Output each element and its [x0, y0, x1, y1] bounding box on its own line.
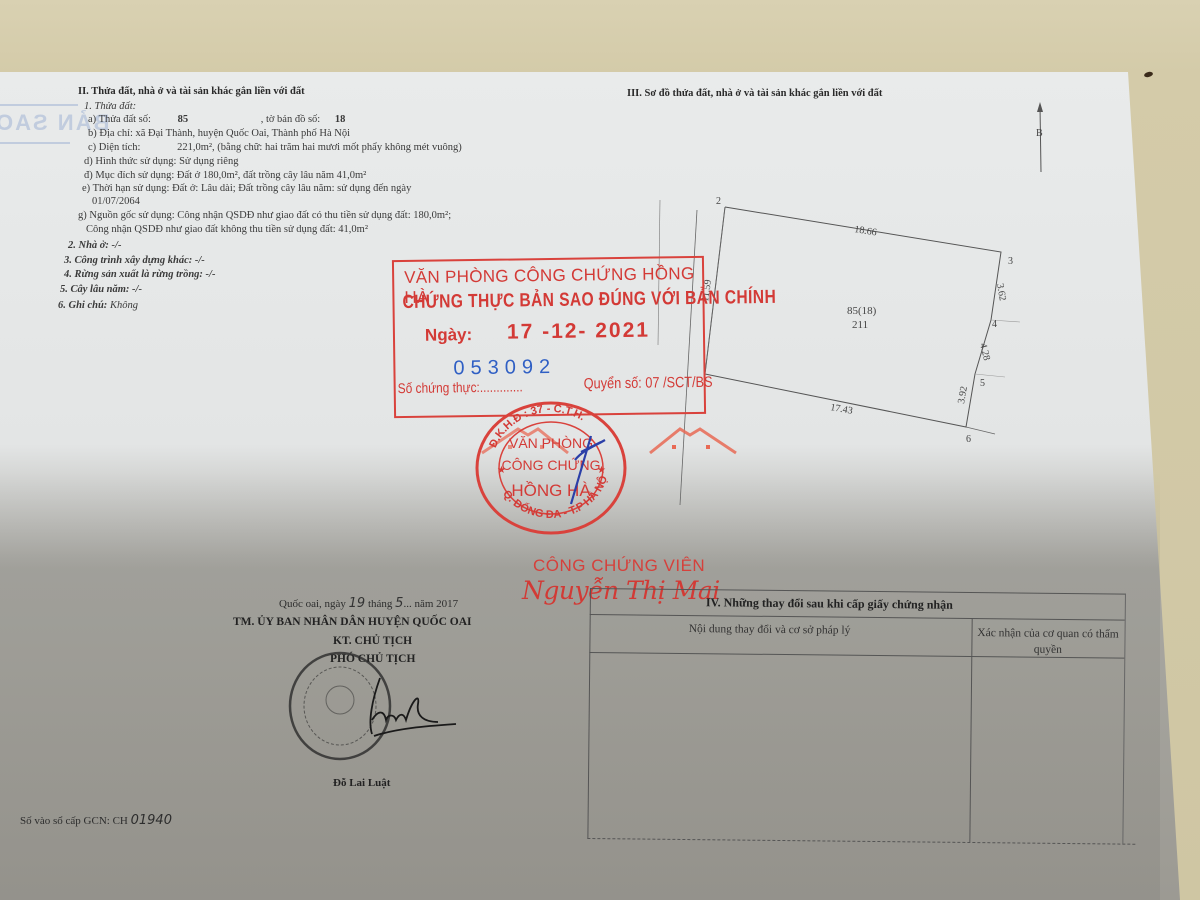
- stamp-book-number: Quyển số: 07 /SCT/BS: [584, 374, 713, 393]
- area-value: 221,0m², (bằng chữ: hai trăm hai mươi mố…: [177, 142, 462, 153]
- issue-month: 5: [395, 596, 403, 611]
- government-seal: [288, 650, 468, 765]
- svg-text:17.43: 17.43: [829, 402, 853, 417]
- usage-purpose: đ) Mục đích sử dụng: Đất ở 180,0m², đất …: [84, 170, 366, 181]
- svg-text:5: 5: [980, 378, 985, 389]
- svg-text:B: B: [1036, 128, 1043, 139]
- issue-date: Quốc oai, ngày 19 tháng 5... năm 2017: [279, 596, 458, 611]
- changes-table: IV. Những thay đổi sau khi cấp giấy chứn…: [587, 588, 1160, 849]
- parcel-number-row: a) Thửa đất số: 85 , tờ bản đồ số: 18: [88, 114, 345, 125]
- other-construction-item: 3. Công trình xây dựng khác: -/-: [64, 255, 205, 266]
- usage-origin-cont: Công nhận QSDĐ như giao đất không thu ti…: [86, 224, 368, 235]
- usage-term: e) Thời hạn sử dụng: Đất ở: Lâu dài; Đất…: [82, 183, 411, 194]
- svg-text:85(18): 85(18): [847, 305, 877, 317]
- wall-speck: [1144, 71, 1154, 78]
- notary-round-seal: Đ.K.H.Đ : 37 - C.T.H. Q. ĐỐNG ĐA - T.P H…: [473, 400, 628, 535]
- issuing-authority: TM. ỦY BAN NHÂN DÂN HUYỆN QUỐC OAI: [233, 616, 472, 628]
- column-header-confirmation: Xác nhận của cơ quan có thẩm quyền: [975, 625, 1120, 659]
- svg-text:211: 211: [852, 319, 868, 331]
- perennial-item: 5. Cây lâu năm: -/-: [60, 284, 142, 295]
- svg-text:2: 2: [716, 196, 721, 207]
- certification-stamp: VĂN PHÒNG CÔNG CHỨNG HỒNG HÀ CHỨNG THỰC …: [392, 256, 706, 418]
- note-label: 6. Ghi chú:: [58, 300, 107, 311]
- usage-origin: g) Nguồn gốc sử dụng: Công nhận QSDĐ như…: [78, 210, 451, 221]
- note-value: Không: [110, 300, 138, 311]
- gcn-registry-number: Số vào sổ cấp GCN: CH 01940: [20, 813, 172, 828]
- svg-text:★: ★: [497, 465, 506, 476]
- signer-role-kt: KT. CHỦ TỊCH: [333, 635, 412, 647]
- gcn-label: Số vào sổ cấp GCN: CH: [20, 815, 128, 827]
- gcn-number: 01940: [131, 813, 172, 828]
- house-item: 2. Nhà ở: -/-: [68, 240, 121, 251]
- stamp-date: 17 -12- 2021: [507, 319, 650, 345]
- section-iv-title: IV. Những thay đổi sau khi cấp giấy chứn…: [706, 595, 953, 613]
- notary-label: CÔNG CHỨNG VIÊN: [533, 556, 705, 576]
- issue-month-label: tháng: [368, 598, 392, 610]
- svg-text:3.92: 3.92: [956, 385, 970, 404]
- issue-year: năm 2017: [414, 598, 458, 610]
- official-signature-stroke: [370, 678, 456, 736]
- roof-logo-icon: [648, 425, 738, 460]
- signer-name: Đỗ Lai Luật: [333, 777, 390, 789]
- note-row: 6. Ghi chú: Không: [58, 300, 138, 311]
- svg-text:VĂN PHÒNG: VĂN PHÒNG: [509, 435, 593, 451]
- svg-text:4: 4: [992, 319, 997, 330]
- parcel-subheading: 1. Thửa đất:: [84, 101, 136, 112]
- stamp-date-label: Ngày:: [425, 325, 473, 346]
- svg-text:HỒNG HÀ: HỒNG HÀ: [511, 481, 591, 500]
- area-label: c) Diện tích:: [88, 142, 140, 153]
- map-sheet-number: 18: [335, 114, 346, 125]
- svg-text:6: 6: [966, 434, 971, 445]
- map-sheet-label: , tờ bản đồ số:: [261, 114, 321, 125]
- usage-term-date: 01/07/2064: [92, 196, 140, 207]
- issue-day: 19: [349, 596, 366, 611]
- stamp-cert-label: Số chứng thực:.............: [398, 378, 523, 396]
- forest-item: 4. Rừng sản xuất là rừng trồng: -/-: [64, 269, 215, 280]
- watermark-line: [0, 104, 78, 106]
- svg-text:3.62: 3.62: [994, 283, 1008, 302]
- issue-date-prefix: Quốc oai, ngày: [279, 598, 346, 610]
- watermark-line: [0, 142, 70, 144]
- stamp-cert-number: 053092: [453, 356, 556, 380]
- address: b) Địa chỉ: xã Đại Thành, huyện Quốc Oai…: [88, 128, 350, 139]
- svg-text:★: ★: [597, 465, 606, 476]
- svg-text:CÔNG CHỨNG: CÔNG CHỨNG: [501, 457, 600, 473]
- section-ii-title: II. Thửa đất, nhà ở và tài sản khác gắn …: [78, 86, 305, 97]
- column-header-content: Nội dung thay đổi và cơ sở pháp lý: [650, 623, 890, 638]
- svg-text:18.66: 18.66: [854, 224, 878, 238]
- parcel-number-label: a) Thửa đất số:: [88, 114, 151, 125]
- parcel-number: 85: [178, 114, 189, 125]
- area-row: c) Diện tích: 221,0m², (bằng chữ: hai tr…: [88, 142, 462, 153]
- svg-text:3: 3: [1008, 256, 1013, 267]
- usage-form: d) Hình thức sử dụng: Sử dụng riêng: [84, 156, 238, 167]
